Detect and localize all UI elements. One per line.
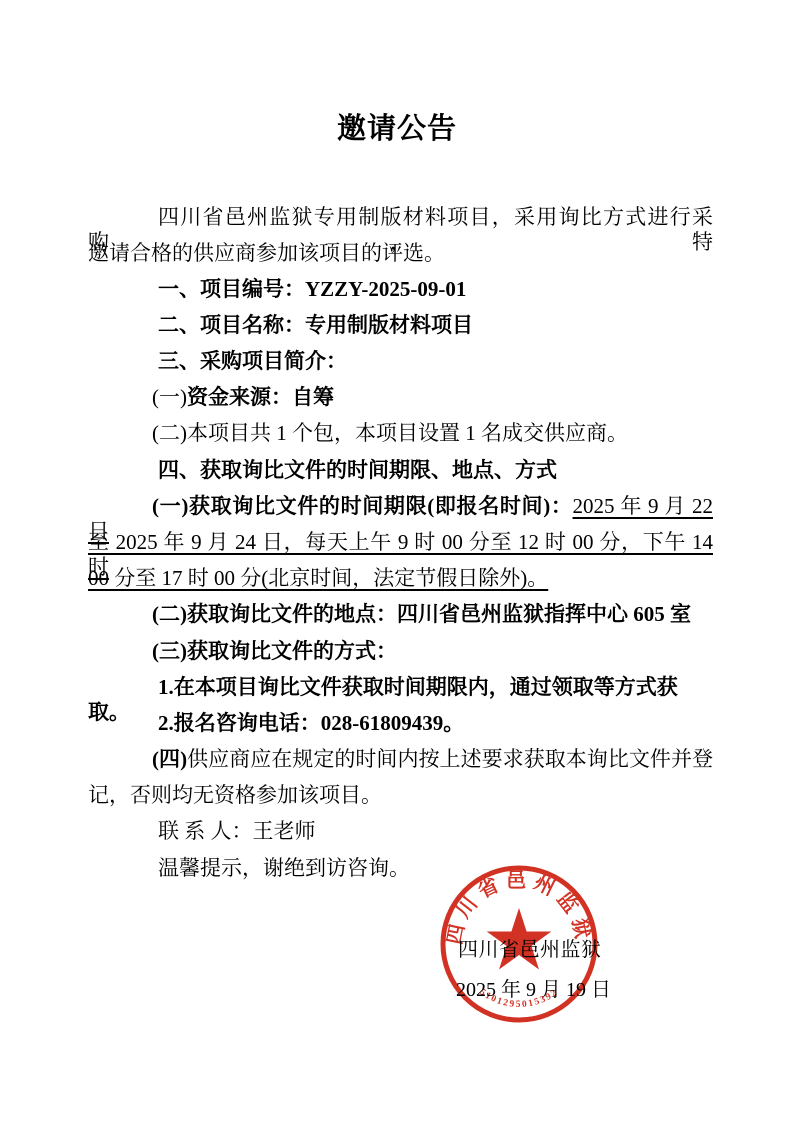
contact-person-line: 联 系 人：王老师 — [88, 819, 713, 844]
time-period-value-3: 00 分至 17 时 00 分(北京时间，法定节假日除外)。 — [88, 566, 548, 590]
star-icon — [487, 908, 552, 970]
section-4-item-3-heading: (三)获取询比文件的方式： — [88, 639, 713, 664]
section-4-item-3-method-1: 1.在本项目询比文件获取时间期限内，通过领取等方式获取。 — [88, 675, 713, 700]
page-title: 邀请公告 — [0, 106, 794, 147]
time-period-label: (一)获取询比文件的时间期限(即报名时间)： — [152, 494, 573, 518]
section-4-item-1-line-2: 至 2025 年 9 月 24 日，每天上午 9 时 00 分至 12 时 00… — [88, 530, 713, 555]
intro-line-1: 四川省邑州监狱专用制版材料项目，采用询比方式进行采购，特 — [88, 205, 713, 230]
registration-requirement-text: 供应商应在规定的时间内按上述要求获取本询比文件并登 — [187, 747, 713, 771]
section-4-item-1-line-1: (一)获取询比文件的时间期限(即报名时间)：2025 年 9 月 22 日 — [88, 494, 713, 519]
stamp-serial-text: 5101295015392 — [478, 987, 561, 1010]
funding-source-text: 资金来源：自筹 — [187, 385, 334, 409]
stamp-serial-number: 5101295015392 — [478, 987, 561, 1010]
section-3-item-1: (一)资金来源：自筹 — [88, 385, 713, 410]
document-page: 邀请公告 四川省邑州监狱专用制版材料项目，采用询比方式进行采购，特 邀请合格的供… — [0, 0, 794, 1123]
section-4-item-2-location: (二)获取询比文件的地点：四川省邑州监狱指挥中心 605 室 — [88, 602, 713, 627]
section-4-heading: 四、获取询比文件的时间期限、地点、方式 — [88, 458, 713, 483]
section-1-project-number: 一、项目编号：YZZY-2025-09-01 — [88, 277, 713, 302]
notice-line: 温馨提示，谢绝到访咨询。 — [88, 856, 713, 881]
item-prefix: (四) — [152, 747, 187, 771]
section-3-item-2: (二)本项目共 1 个包，本项目设置 1 名成交供应商。 — [88, 421, 713, 446]
section-4-item-1-line-3: 00 分至 17 时 00 分(北京时间，法定节假日除外)。 — [88, 566, 713, 591]
section-4-item-4-line-2: 记，否则均无资格参加该项目。 — [88, 783, 713, 808]
section-3-heading: 三、采购项目简介： — [88, 349, 713, 374]
official-stamp: 四川省邑州监狱 5101295015392 — [434, 859, 604, 1029]
section-4-item-3-phone: 2.报名咨询电话：028-61809439。 — [88, 711, 713, 736]
item-prefix: (一) — [152, 385, 187, 409]
intro-line-2: 邀请合格的供应商参加该项目的评选。 — [88, 241, 713, 266]
section-2-project-name: 二、项目名称：专用制版材料项目 — [88, 313, 713, 338]
section-4-item-4-line-1: (四)供应商应在规定的时间内按上述要求获取本询比文件并登 — [88, 747, 713, 772]
